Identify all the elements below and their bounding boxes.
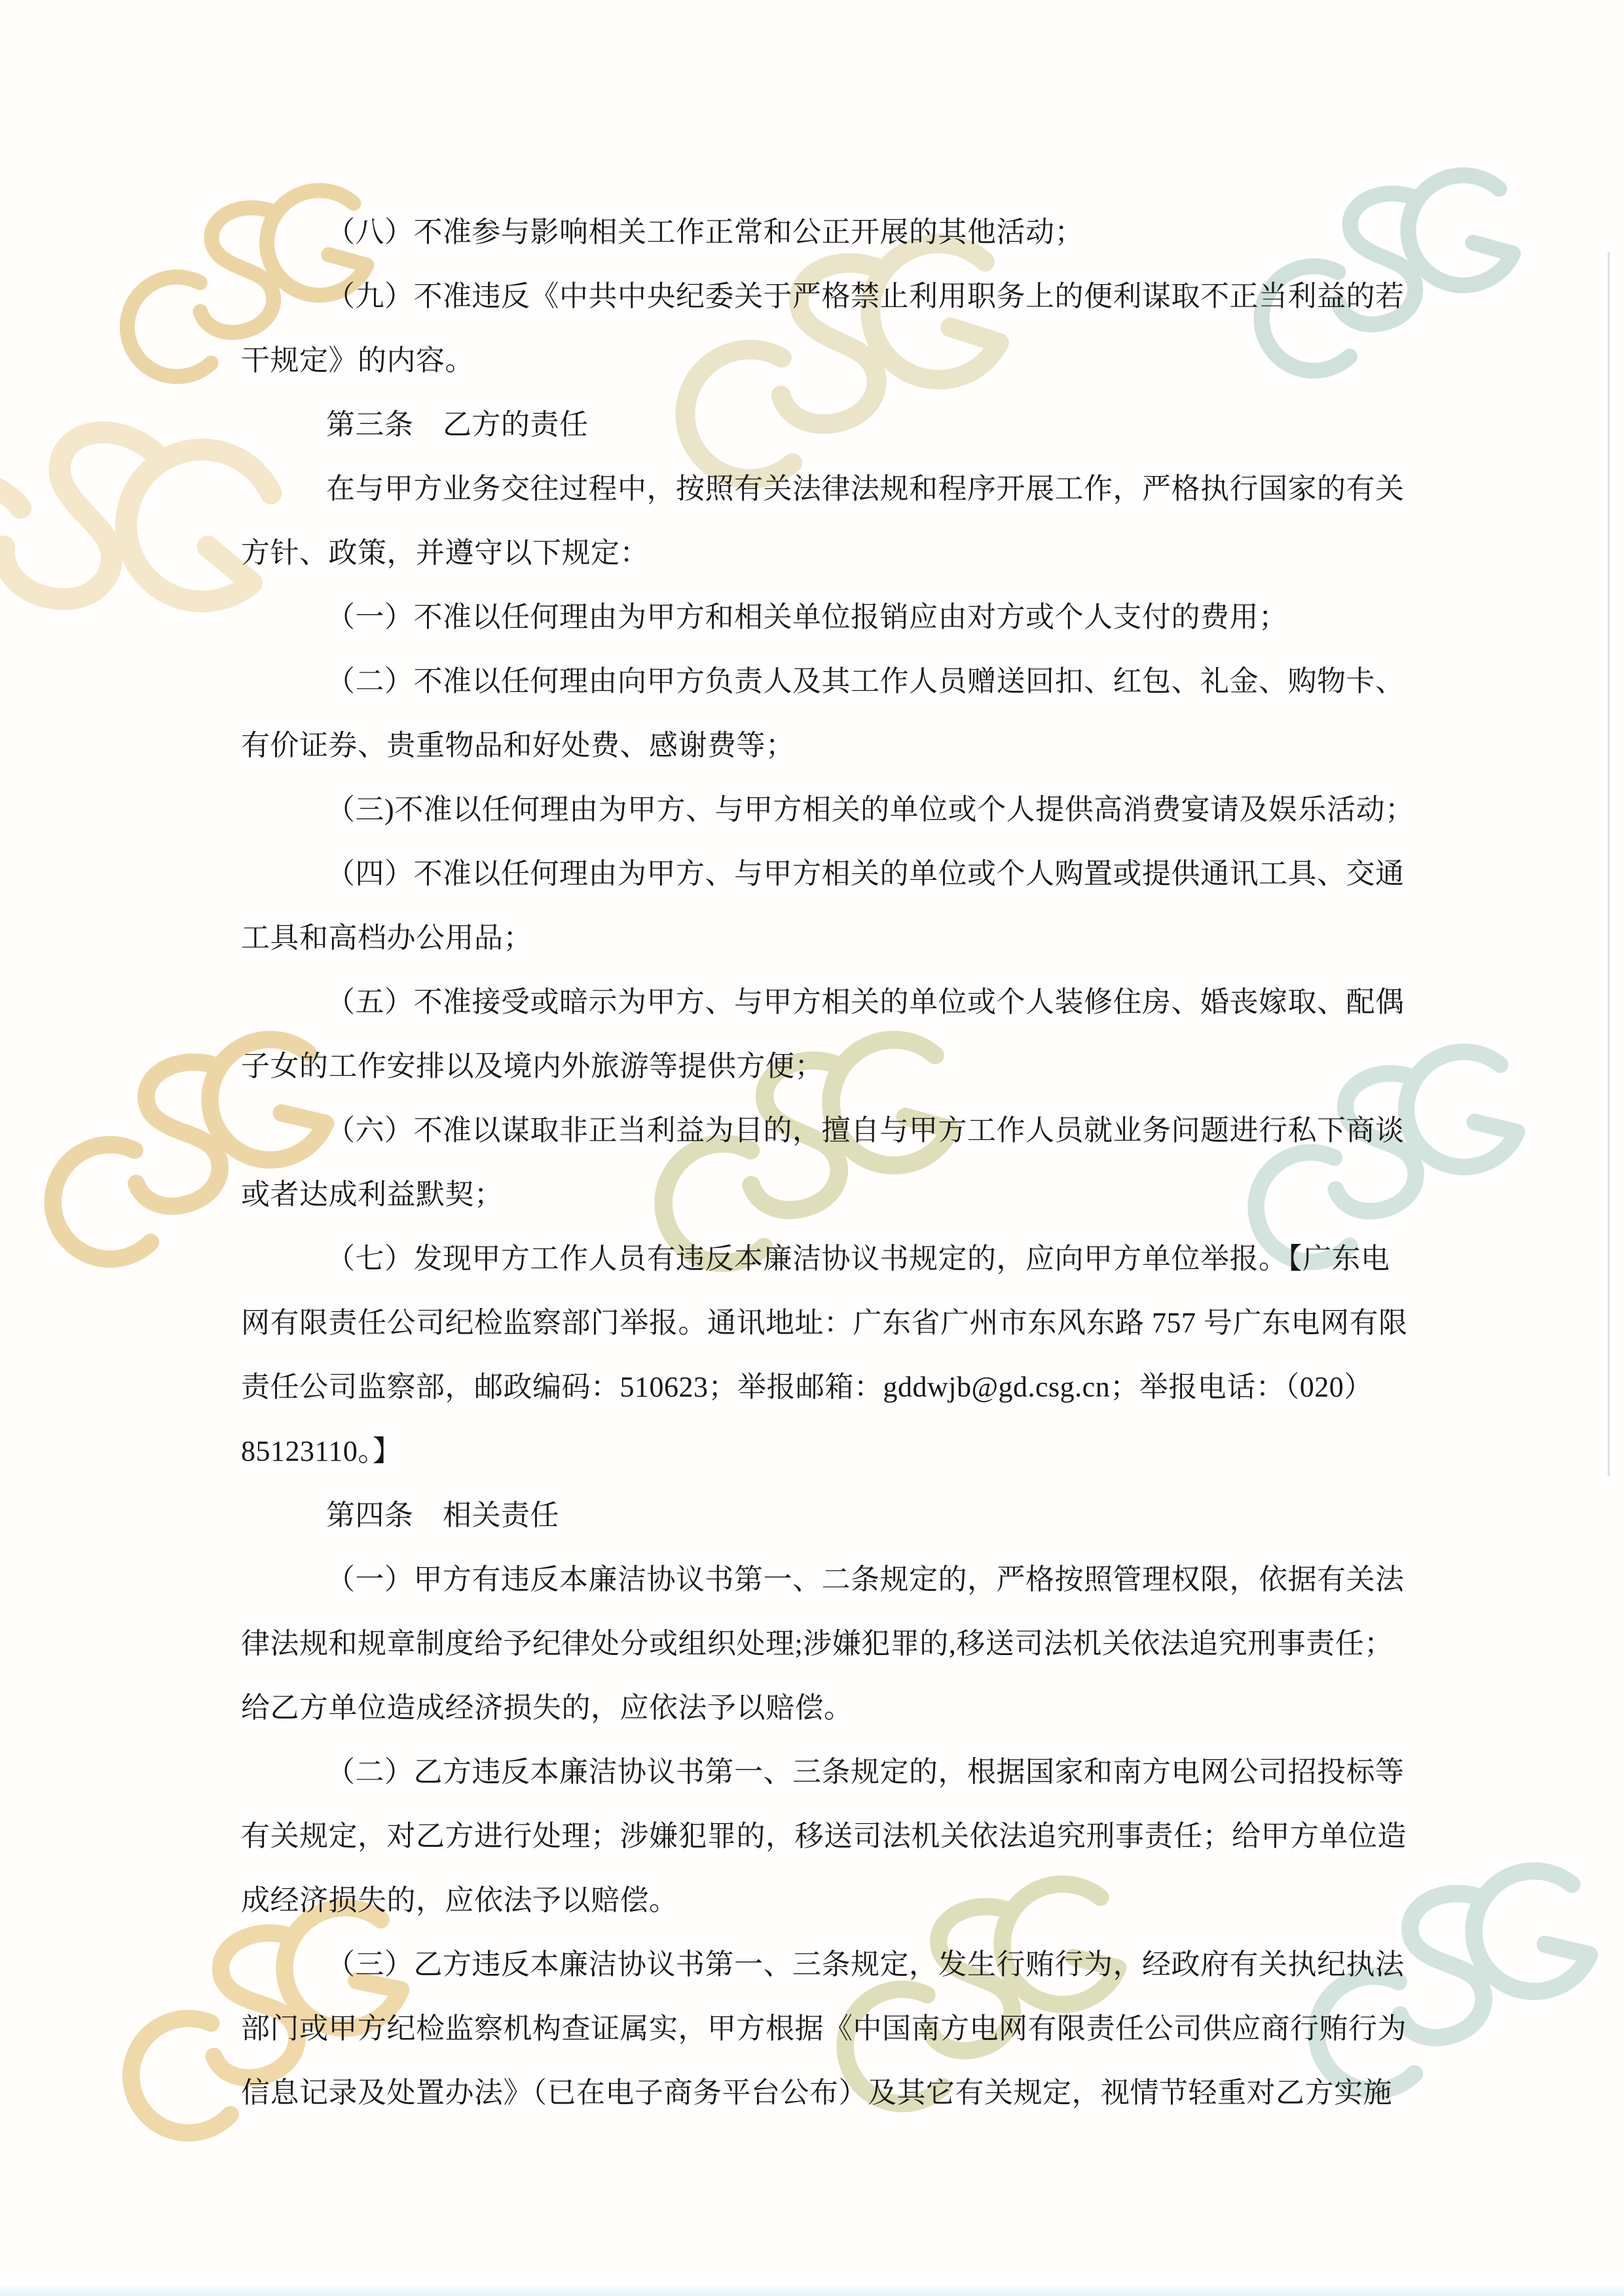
text-line: （三)不准以任何理由为甲方、与甲方相关的单位或个人提供高消费宴请及娱乐活动；: [241, 778, 1391, 842]
text-line: 子女的工作安排以及境内外旅游等提供方便；: [241, 1034, 1391, 1099]
document-body: （八）不准参与影响相关工作正常和公正开展的其他活动；（九）不准违反《中共中央纪委…: [241, 200, 1391, 2125]
text-line: 有价证券、贵重物品和好处费、感谢费等；: [241, 714, 1391, 778]
text-line: （一）甲方有违反本廉洁协议书第一、二条规定的，严格按照管理权限，依据有关法: [241, 1548, 1391, 1612]
scan-right-edge-line: [1608, 252, 1610, 1476]
scanned-document-page: （八）不准参与影响相关工作正常和公正开展的其他活动；（九）不准违反《中共中央纪委…: [0, 0, 1624, 2296]
text-line: 律法规和规章制度给予纪律处分或组织处理;涉嫌犯罪的,移送司法机关依法追究刑事责任…: [241, 1612, 1391, 1676]
letter-c-stroke: [122, 2013, 232, 2141]
letter-g-stroke: [1403, 171, 1516, 291]
text-line: 或者达成利益默契；: [241, 1163, 1391, 1227]
text-line: 85123110。】: [241, 1419, 1391, 1484]
text-line: 干规定》的内容。: [241, 329, 1391, 393]
text-line: （九）不准违反《中共中央纪委关于严格禁止利用职务上的便利谋取不正当利益的若: [241, 264, 1391, 329]
text-line: （四）不准以任何理由为甲方、与甲方相关的单位或个人购置或提供通讯工具、交通: [241, 842, 1391, 906]
letter-g-stroke: [1466, 1865, 1594, 1999]
text-line: 责任公司监察部，邮政编码：510623；举报邮箱：gddwjb@gd.csg.c…: [241, 1355, 1391, 1419]
text-line: （二）不准以任何理由向甲方负责人及其工作人员赠送回扣、红包、礼金、购物卡、: [241, 649, 1391, 714]
text-line: （三）乙方违反本廉洁协议书第一、三条规定，发生行贿行为，经政府有关执纪执法: [241, 1933, 1391, 1997]
text-line: 第四条 相关责任: [241, 1484, 1391, 1548]
text-line: 部门或甲方纪检监察机构查证属实，甲方根据《中国南方电网有限责任公司供应商行贿行为: [241, 1997, 1391, 2061]
text-line: 网有限责任公司纪检监察部门举报。通讯地址：广东省广州市东风东路 757 号广东电…: [241, 1291, 1391, 1355]
text-line: （二）乙方违反本廉洁协议书第一、三条规定的，根据国家和南方电网公司招投标等: [241, 1740, 1391, 1804]
scan-bottom-edge: [0, 2287, 1624, 2296]
text-line: 工具和高档办公用品；: [241, 906, 1391, 970]
text-line: 方针、政策，并遵守以下规定：: [241, 521, 1391, 585]
text-line: 第三条 乙方的责任: [241, 393, 1391, 457]
text-line: （八）不准参与影响相关工作正常和公正开展的其他活动；: [241, 200, 1391, 264]
text-line: （六）不准以谋取非正当利益为目的，擅自与甲方工作人员就业务问题进行私下商谈: [241, 1099, 1391, 1163]
text-line: 在与甲方业务交往过程中，按照有关法律法规和程序开展工作，严格执行国家的有关: [241, 457, 1391, 521]
text-line: （五）不准接受或暗示为甲方、与甲方相关的单位或个人装修住房、婚丧嫁取、配偶: [241, 970, 1391, 1034]
letter-g-stroke: [1399, 1046, 1521, 1175]
text-line: （七）发现甲方工作人员有违反本廉洁协议书规定的，应向甲方单位举报。【广东电: [241, 1227, 1391, 1291]
text-line: 给乙方单位造成经济损失的，应依法予以赔偿。: [241, 1676, 1391, 1740]
text-line: 有关规定，对乙方进行处理；涉嫌犯罪的，移送司法机关依法追究刑事责任；给甲方单位造: [241, 1804, 1391, 1868]
letter-c-stroke: [45, 1140, 152, 1267]
text-line: 成经济损失的，应依法予以赔偿。: [241, 1868, 1391, 1933]
text-line: （一）不准以任何理由为甲方和相关单位报销应由对方或个人支付的费用；: [241, 585, 1391, 649]
text-line: 信息记录及处置办法》（已在电子商务平台公布）及其它有关规定，视情节轻重对乙方实施: [241, 2061, 1391, 2125]
